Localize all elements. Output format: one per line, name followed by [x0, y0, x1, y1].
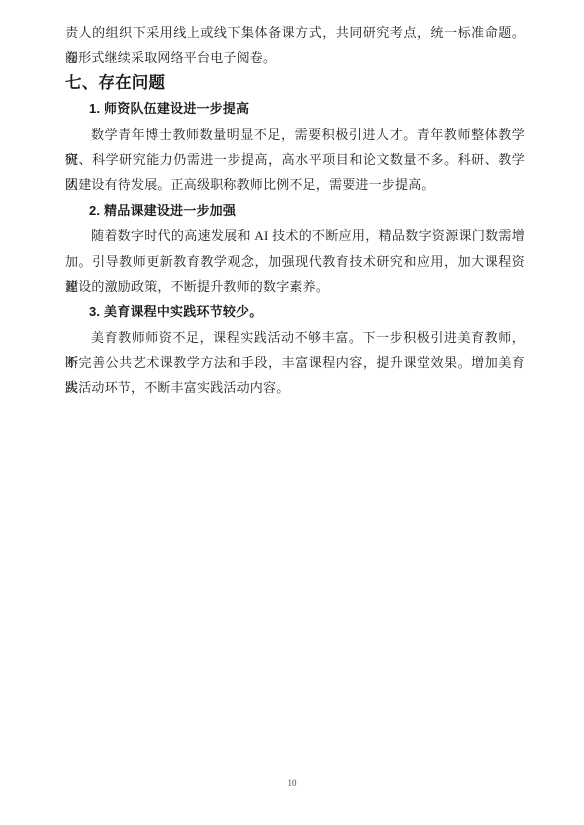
document-page: 责人的组织下采用线上或线下集体备课方式，共同研究考点，统一标准命题。阅 卷形式继… — [0, 0, 584, 825]
paragraph-line: 建设的激励政策，不断提升教师的数字素养。 — [65, 274, 525, 299]
heading-section-seven: 七、存在问题 — [65, 71, 525, 96]
subheading-1: 1. 师资队伍建设进一步提高 — [65, 96, 525, 121]
paragraph-line: 队建设有待发展。正高级职称教师比例不足，需要进一步提高。 — [65, 172, 525, 197]
subheading-3: 3. 美育课程中实践环节较少。 — [65, 299, 525, 324]
paragraph-line: 数学青年博士教师数量明显不足，需要积极引进人才。青年教师整体教学研 — [65, 122, 525, 147]
paragraph-line: 加。引导教师更新教育教学观念，加强现代教育技术研究和应用，加大课程资源 — [65, 249, 525, 274]
paragraph-line: 美育教师师资不足，课程实践活动不够丰富。下一步积极引进美育教师，不 — [65, 325, 525, 350]
document-content: 责人的组织下采用线上或线下集体备课方式，共同研究考点，统一标准命题。阅 卷形式继… — [65, 20, 525, 401]
page-number: 10 — [0, 777, 584, 790]
subheading-2: 2. 精品课建设进一步加强 — [65, 198, 525, 223]
paragraph-line: 究、科学研究能力仍需进一步提高，高水平项目和论文数量不多。科研、教学团 — [65, 147, 525, 172]
paragraph-line: 断完善公共艺术课教学方法和手段，丰富课程内容，提升课堂效果。增加美育实 — [65, 350, 525, 375]
paragraph-line: 卷形式继续采取网络平台电子阅卷。 — [65, 45, 525, 70]
paragraph-line: 践活动环节，不断丰富实践活动内容。 — [65, 375, 525, 400]
paragraph-line: 责人的组织下采用线上或线下集体备课方式，共同研究考点，统一标准命题。阅 — [65, 20, 525, 45]
paragraph-line: 随着数字时代的高速发展和 AI 技术的不断应用，精品数字资源课门数需增 — [65, 223, 525, 248]
